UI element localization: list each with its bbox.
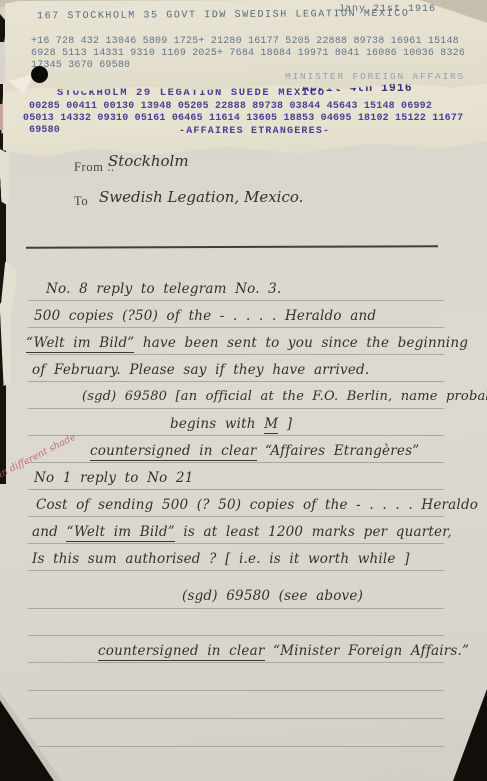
signed2-post: ] bbox=[278, 416, 292, 432]
message2-line: Cost of sending 500 (? 50) copies of the… bbox=[36, 497, 478, 517]
welt-im-bild-underlined: “Welt im Bild” bbox=[26, 335, 134, 353]
telegram1-code-line: +16 728 432 13046 5809 1725+ 21280 16177… bbox=[31, 36, 459, 47]
message1-signature: (sgd) 69580 [an official at the F.O. Ber… bbox=[82, 389, 487, 409]
telegram2-footer: -AFFAIRES ETRANGERES- bbox=[179, 126, 330, 137]
ruled-line bbox=[28, 746, 444, 747]
telegram1-date: Jany 21st 1916 bbox=[338, 4, 436, 15]
message2-line3-pre: and bbox=[32, 524, 66, 540]
message2-line: and “Welt im Bild” is at least 1200 mark… bbox=[32, 524, 452, 544]
countersigned-value: “Affaires Etrangères” bbox=[257, 443, 420, 459]
telegram1-code-line: 6928 5113 14331 9310 1169 2025+ 7684 186… bbox=[31, 48, 465, 59]
telegram2-code-line: 69580 bbox=[29, 125, 60, 136]
message2-line: Is this sum authorised ? [ i.e. is it wo… bbox=[32, 551, 410, 571]
message1-line: 500 copies (?50) of the - . . . . Herald… bbox=[34, 308, 376, 328]
telegram1-footer: MINISTER FOREIGN AFFAIRS bbox=[285, 71, 465, 82]
ruled-line bbox=[28, 718, 444, 719]
ruled-line bbox=[28, 690, 444, 691]
message1-line3-rest: have been sent to you since the beginnin… bbox=[134, 335, 468, 351]
signed2-pre: begins with bbox=[170, 416, 264, 432]
countersigned-label-underlined: countersigned in clear bbox=[90, 443, 257, 461]
scanned-document-page: STOCKHOLM 29 LEGATION SUEDE MEXICO April… bbox=[0, 0, 487, 781]
message1-countersigned: countersigned in clear “Affaires Etrangè… bbox=[90, 443, 419, 463]
countersigned-value: “Minister Foreign Affairs.” bbox=[265, 643, 470, 659]
message2-countersigned: countersigned in clear “Minister Foreign… bbox=[98, 643, 469, 663]
ruled-line bbox=[28, 608, 444, 609]
message2-title: No 1 reply to No 21 bbox=[34, 470, 194, 490]
punch-hole bbox=[31, 66, 48, 83]
telegram-strip-january: 167 STOCKHOLM 35 GOVT IDW SWEDISH LEGATI… bbox=[5, 0, 487, 95]
message1-line: of February. Please say if they have arr… bbox=[32, 362, 369, 382]
telegram2-code-line: 00285 00411 00130 13948 05205 22888 8973… bbox=[29, 101, 432, 112]
countersigned-label-underlined: countersigned in clear bbox=[98, 643, 265, 661]
welt-im-bild-underlined: “Welt im Bild” bbox=[66, 524, 174, 542]
message1-signature-cont: begins with M ] bbox=[170, 416, 292, 436]
message1-line: “Welt im Bild” have been sent to you sin… bbox=[26, 335, 468, 355]
message1-title: No. 8 reply to telegram No. 3. bbox=[46, 281, 281, 301]
to-label: To bbox=[74, 194, 88, 209]
to-value: Swedish Legation, Mexico. bbox=[99, 188, 303, 206]
ruled-line bbox=[28, 635, 444, 636]
letter-m-underlined: M bbox=[264, 416, 278, 434]
message2-signature: (sgd) 69580 (see above) bbox=[182, 588, 363, 608]
message2-line3-rest: is at least 1200 marks per quarter, bbox=[175, 524, 452, 540]
telegram2-code-line: 05013 14332 09310 05161 06465 11614 1360… bbox=[23, 113, 463, 124]
from-value: Stockholm bbox=[108, 152, 189, 170]
